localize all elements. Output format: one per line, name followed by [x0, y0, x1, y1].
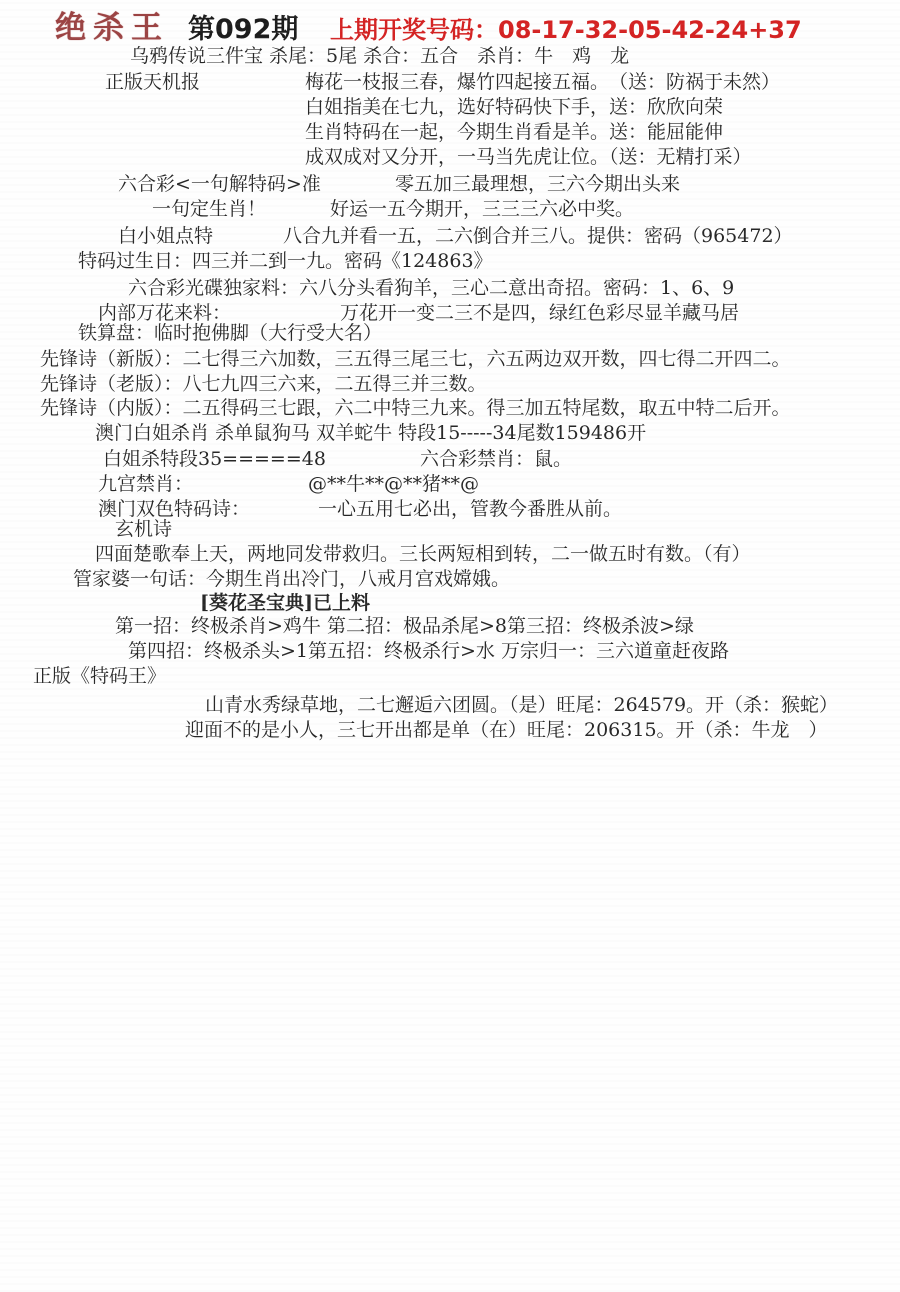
doc-line-23-seg-1: [葵花圣宝典]已上料: [200, 591, 370, 615]
doc-line-9-seg-1: 特码过生日：四三并二到一九。密码《124863》: [78, 249, 493, 273]
doc-line-11-seg-2: 万花开一变二三不是四，绿红色彩尽显羊藏马居: [340, 301, 739, 325]
doc-line-15-seg-1: 先锋诗（内版）：二五得码三七跟，六二中特三九来。得三加五特尾数，取五中特二后开。: [40, 396, 791, 420]
doc-line-7-seg-2: 好运一五今期开，三三三六必中奖。: [330, 197, 634, 221]
last-draw-value: 08-17-32-05-42-24+37: [498, 16, 802, 44]
doc-line-20-seg-1: 玄机诗: [115, 517, 172, 541]
doc-line-4-seg-1: 生肖特码在一起，今期生肖看是羊。送：能屈能伸: [305, 120, 723, 144]
doc-line-25-seg-1: 第四招：终极杀头>1第五招：终极杀行>水 万宗归一：三六道童赶夜路: [128, 639, 729, 663]
doc-line-19-seg-2: 一心五用七必出，管教今番胜从前。: [318, 497, 622, 521]
brand-title: 绝杀王: [55, 2, 169, 47]
doc-line-7-seg-1: 一句定生肖！: [152, 197, 266, 221]
doc-line-17-seg-1: 白姐杀特段35=====48: [103, 447, 326, 471]
doc-line-1-seg-1: 乌鸦传说三件宝 杀尾：5尾 杀合：五合 杀肖：牛 鸡 龙: [130, 44, 629, 68]
doc-line-28-seg-1: 迎面不的是小人，三七开出都是单（在）旺尾：206315。开（杀：牛龙 ）: [185, 718, 828, 742]
doc-line-14-seg-1: 先锋诗（老版）：八七九四三六来，二五得三并三数。: [40, 372, 487, 396]
doc-line-27-seg-1: 山青水秀绿草地，二七邂逅六团圆。（是）旺尾：264579。开（杀：猴蛇）: [205, 693, 838, 717]
doc-line-8-seg-2: 八合九并看一五，二六倒合并三八。提供：密码（965472）: [283, 224, 793, 248]
issue-number: 第092期: [188, 7, 298, 46]
doc-line-16-seg-1: 澳门白姐杀肖 杀单鼠狗马 双羊蛇牛 特段15-----34尾数159486开: [95, 421, 646, 445]
doc-line-6-seg-2: 零五加三最理想，三六今期出头来: [395, 172, 680, 196]
last-draw-numbers: 上期开奖号码：08-17-32-05-42-24+37: [330, 10, 802, 45]
doc-line-17-seg-2: 六合彩禁肖：鼠。: [420, 447, 572, 471]
doc-line-10-seg-1: 六合彩光碟独家料：六八分头看狗羊，三心二意出奇招。密码：1、6、9: [128, 276, 734, 300]
doc-line-22-seg-1: 管家婆一句话：今期生肖出冷门，八戒月宫戏嫦娥。: [73, 567, 510, 591]
doc-line-6-seg-1: 六合彩<一句解特码>准: [118, 172, 321, 196]
doc-line-2-seg-2: 梅花一枝报三春，爆竹四起接五福。 （送：防祸于未然）: [305, 70, 780, 94]
doc-line-24-seg-1: 第一招：终极杀肖>鸡牛 第二招：极品杀尾>8第三招：终极杀波>绿: [115, 614, 694, 638]
doc-line-2-seg-1: 正版天机报: [105, 70, 200, 94]
doc-line-18-seg-2: @**牛**@**猪**@: [308, 472, 479, 496]
doc-line-21-seg-1: 四面楚歌奉上天，两地同发带救归。三长两短相到转，二一做五时有数。（有）: [95, 542, 751, 566]
doc-line-13-seg-1: 先锋诗（新版）：二七得三六加数，三五得三尾三七，六五两边双开数，四七得二开四二。: [40, 347, 791, 371]
doc-line-18-seg-1: 九宫禁肖：: [98, 472, 193, 496]
doc-line-3-seg-1: 白姐指美在七九，选好特码快下手，送：欣欣向荣: [305, 95, 723, 119]
doc-line-5-seg-1: 成双成对又分开，一马当先虎让位。（送：无精打采）: [305, 145, 752, 169]
doc-line-26-seg-1: 正版《特码王》: [33, 664, 166, 688]
doc-line-8-seg-1: 白小姐点特: [118, 224, 213, 248]
scanned-lottery-sheet: 绝杀王 第092期 上期开奖号码：08-17-32-05-42-24+37 乌鸦…: [0, 0, 900, 1292]
doc-line-12-seg-1: 铁算盘：临时抱佛脚（大行受大名）: [78, 321, 382, 345]
last-draw-label: 上期开奖号码：: [330, 16, 498, 44]
